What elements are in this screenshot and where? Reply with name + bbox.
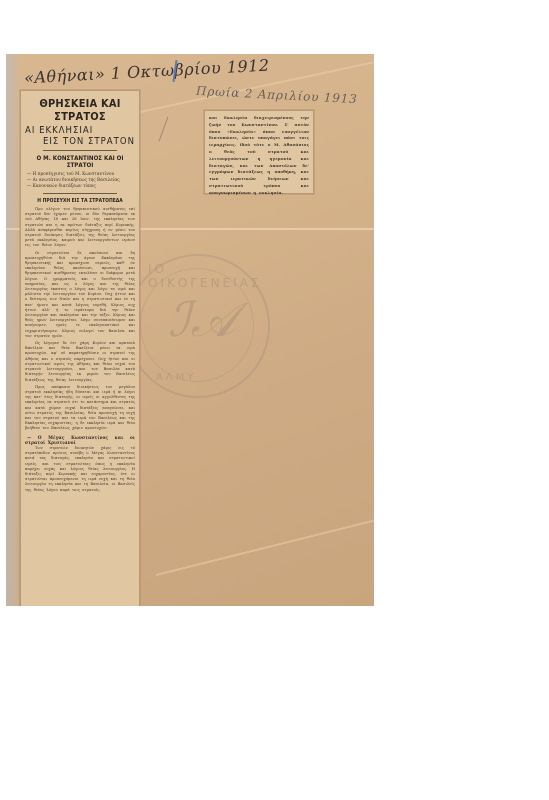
article-body: Προ ολίγων του θρησκευτικού αισθήματος ε… — [25, 207, 135, 493]
paragraph: Ως λέγομεν δε ότι χάρη Κυρίου και κραται… — [25, 341, 135, 383]
stamp-text-top: ΙΟ ΟΙΚΟΓΕΝΕΙΑΣ — [148, 262, 268, 290]
clipping-subtitle-2: ΕΙΣ ΤΟΝ ΣΤΡΑΤΟΝ — [25, 136, 135, 147]
second-section-title: — Ο Μέγας Κωνσταντίνος και οι στρατοί Χρ… — [25, 435, 135, 445]
clipping-title: ΘΡΗΣΚΕΙΑ ΚΑΙ ΣΤΡΑΤΟΣ — [25, 97, 135, 123]
paper-crease — [156, 518, 374, 576]
divider — [43, 193, 117, 194]
newspaper-clipping-left: ΘΡΗΣΚΕΙΑ ΚΑΙ ΣΤΡΑΤΟΣ ΑΙ ΕΚΚΛΗΣΙΑΙ ΕΙΣ ΤΟ… — [20, 90, 140, 606]
pencil-mark — [159, 117, 169, 142]
paragraph: Προ ολίγων του θρησκευτικού αισθήματος ε… — [25, 207, 135, 249]
archive-stamp: ΙΟ ΟΙΚΟΓΕΝΕΙΑΣ ℐ𝒜 ΑΛΜΥ — [126, 254, 270, 398]
handwritten-source-date-right: Πρωία 2 Απριλίου 1913 — [196, 84, 358, 106]
divider — [43, 150, 117, 151]
clipping-subtitle-1: ΑΙ ΕΚΚΛΗΣΙΑΙ — [25, 125, 135, 136]
clipping-kicker: Ο Μ. ΚΟΝΣΤΑΝΤΙΝΟΣ ΚΑΙ ΟΙ ΣΤΡΑΤΟΙ — [25, 155, 135, 169]
paragraph: Των στρατιών διοικητών χάρις εις τό στρα… — [25, 446, 135, 493]
scanned-page: «Αθήναι» 1 Οκτωβρίου 1912 Πρωία 2 Απριλί… — [6, 54, 374, 606]
clipping-text: και Εκκλησία διαχειρισμένους την ζωήν το… — [209, 115, 309, 197]
paragraph: Οι στρατιώται δε ακούσωσι και δη προσευχ… — [25, 251, 135, 339]
summary-item: — Κανονικών διατάξεων τύπος — [27, 184, 135, 190]
paragraph: Προς απόφασιν διοικήσεως του μεγάλου στρ… — [25, 385, 135, 432]
newspaper-clipping-right: και Εκκλησία διαχειρισμένους την ζωήν το… — [204, 110, 314, 194]
stamp-text-bottom: ΑΛΜΥ — [156, 372, 196, 383]
stamp-monogram: ℐ𝒜 — [168, 292, 236, 349]
summary-list: — Η προσέγγισις τού Μ. Κωνσταντίνου — Αι… — [25, 172, 135, 190]
handwritten-source-date-left: «Αθήναι» 1 Οκτωβρίου 1912 — [24, 56, 270, 88]
section-title: Η ΠΡΟΣΕΥΧΗ ΕΙΣ ΤΑ ΣΤΡΑΤΟΠΕΔΑ — [25, 198, 135, 204]
